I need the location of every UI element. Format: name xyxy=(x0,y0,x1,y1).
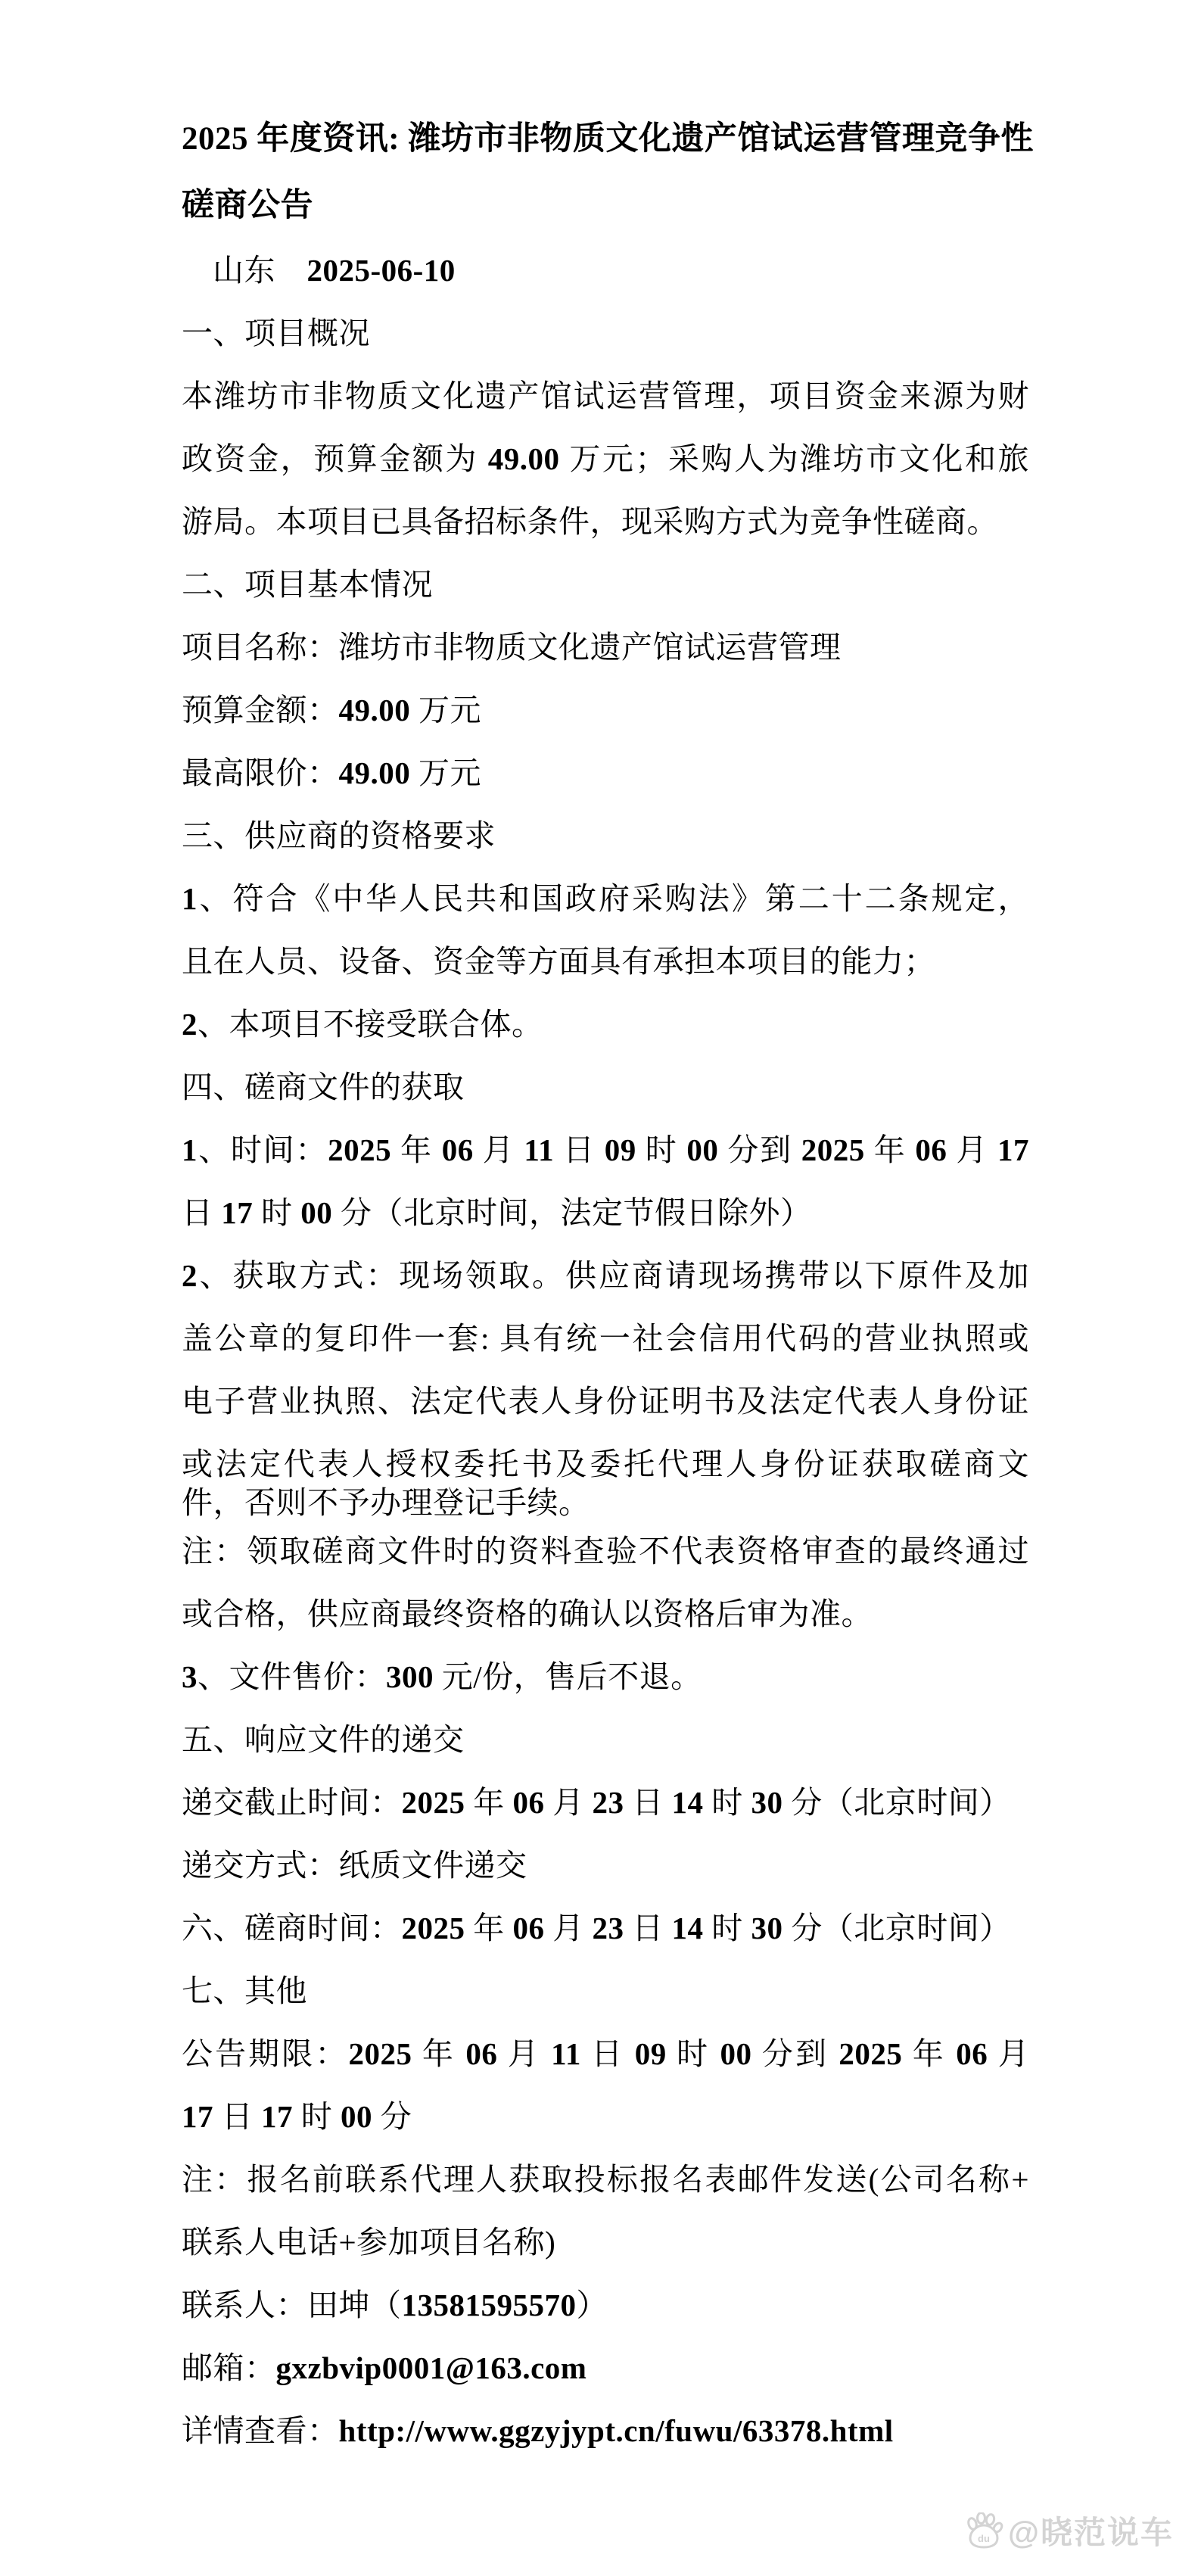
qualification-item-1-line-1: 1、符合《中华人民共和国政府采购法》第二十二条规定， xyxy=(182,867,1029,930)
section-4-heading: 四、磋商文件的获取 xyxy=(182,1056,1029,1119)
section-2-heading: 二、项目基本情况 xyxy=(182,553,1029,616)
doc-obtain-time-line-1: 1、时间：2025 年 06 月 11 日 09 时 00 分到 2025 年 … xyxy=(182,1119,1029,1182)
doc-obtain-method-line-2: 盖公章的复印件一套: 具有统一社会信用代码的营业执照或 xyxy=(182,1307,1029,1370)
doc-obtain-method-line-1: 2、获取方式：现场领取。供应商请现场携带以下原件及加 xyxy=(182,1244,1029,1307)
project-name-line: 项目名称：潍坊市非物质文化遗产馆试运营管理 xyxy=(182,616,1029,679)
qualification-item-2: 2、本项目不接受联合体。 xyxy=(182,993,1029,1056)
watermark-text: @晓范说车 xyxy=(1008,2508,1174,2553)
doc-price-line: 3、文件售价：300 元/份，售后不退。 xyxy=(182,1646,1029,1709)
meta-region-date-line: 山东 2025-06-10 xyxy=(182,239,1029,302)
baidu-paw-icon: du xyxy=(964,2512,1003,2549)
announcement-period-line-1: 公告期限：2025 年 06 月 11 日 09 时 00 分到 2025 年 … xyxy=(182,2023,1029,2085)
announcement-page: { "page": { "background": "#ffffff", "te… xyxy=(0,0,1201,2576)
section-5-heading: 五、响应文件的递交 xyxy=(182,1709,1029,1771)
baidu-paw-icon-label: du xyxy=(978,2533,990,2544)
note-registration-line-1: 注：报名前联系代理人获取投标报名表邮件发送(公司名称+ xyxy=(182,2148,1029,2211)
watermark: du @晓范说车 xyxy=(964,2508,1174,2553)
document-body: 2025 年度资讯: 潍坊市非物质文化遗产馆试运营管理竞争性磋商公告山东 202… xyxy=(0,0,1201,2462)
section-1-heading: 一、项目概况 xyxy=(182,302,1029,365)
doc-obtain-method-line-3: 电子营业执照、法定代表人身份证明书及法定代表人身份证 xyxy=(182,1370,1029,1433)
section-1-body-line-2: 政资金，预算金额为 49.00 万元；采购人为潍坊市文化和旅 xyxy=(182,428,1029,491)
section-1-body-line-3: 游局。本项目已具备招标条件，现采购方式为竞争性磋商。 xyxy=(182,491,1029,553)
announcement-period-line-2: 17 日 17 时 00 分 xyxy=(182,2085,1029,2148)
submission-deadline-line: 递交截止时间：2025 年 06 月 23 日 14 时 30 分（北京时间） xyxy=(182,1771,1029,1834)
note-qualification-line-1: 注：领取磋商文件时的资料查验不代表资格审查的最终通过 xyxy=(182,1520,1029,1583)
note-qualification-line-2: 或合格，供应商最终资格的确认以资格后审为准。 xyxy=(182,1583,1029,1646)
price-cap-line: 最高限价：49.00 万元 xyxy=(182,742,1029,805)
section-7-heading: 七、其他 xyxy=(182,1960,1029,2023)
section-3-heading: 三、供应商的资格要求 xyxy=(182,805,1029,867)
section-1-body-line-1: 本潍坊市非物质文化遗产馆试运营管理，项目资金来源为财 xyxy=(182,365,1029,428)
budget-line: 预算金额：49.00 万元 xyxy=(182,679,1029,742)
doc-obtain-time-line-2: 日 17 时 00 分（北京时间，法定节假日除外） xyxy=(182,1182,1029,1244)
note-registration-line-2: 联系人电话+参加项目名称) xyxy=(182,2211,1029,2274)
submission-method-line: 递交方式：纸质文件递交 xyxy=(182,1834,1029,1897)
title-line-1: 2025 年度资讯: 潍坊市非物质文化遗产馆试运营管理竞争性 xyxy=(182,106,1029,173)
section-6-negotiation-time-line: 六、磋商时间：2025 年 06 月 23 日 14 时 30 分（北京时间） xyxy=(182,1897,1029,1960)
detail-url-line: 详情查看：http://www.ggzyjypt.cn/fuwu/63378.h… xyxy=(182,2400,1029,2462)
title-line-2: 磋商公告 xyxy=(182,173,1029,239)
qualification-item-1-line-2: 且在人员、设备、资金等方面具有承担本项目的能力； xyxy=(182,930,1029,993)
contact-email-line: 邮箱：gxzbvip0001@163.com xyxy=(182,2337,1029,2400)
contact-person-line: 联系人：田坤（13581595570） xyxy=(182,2274,1029,2337)
